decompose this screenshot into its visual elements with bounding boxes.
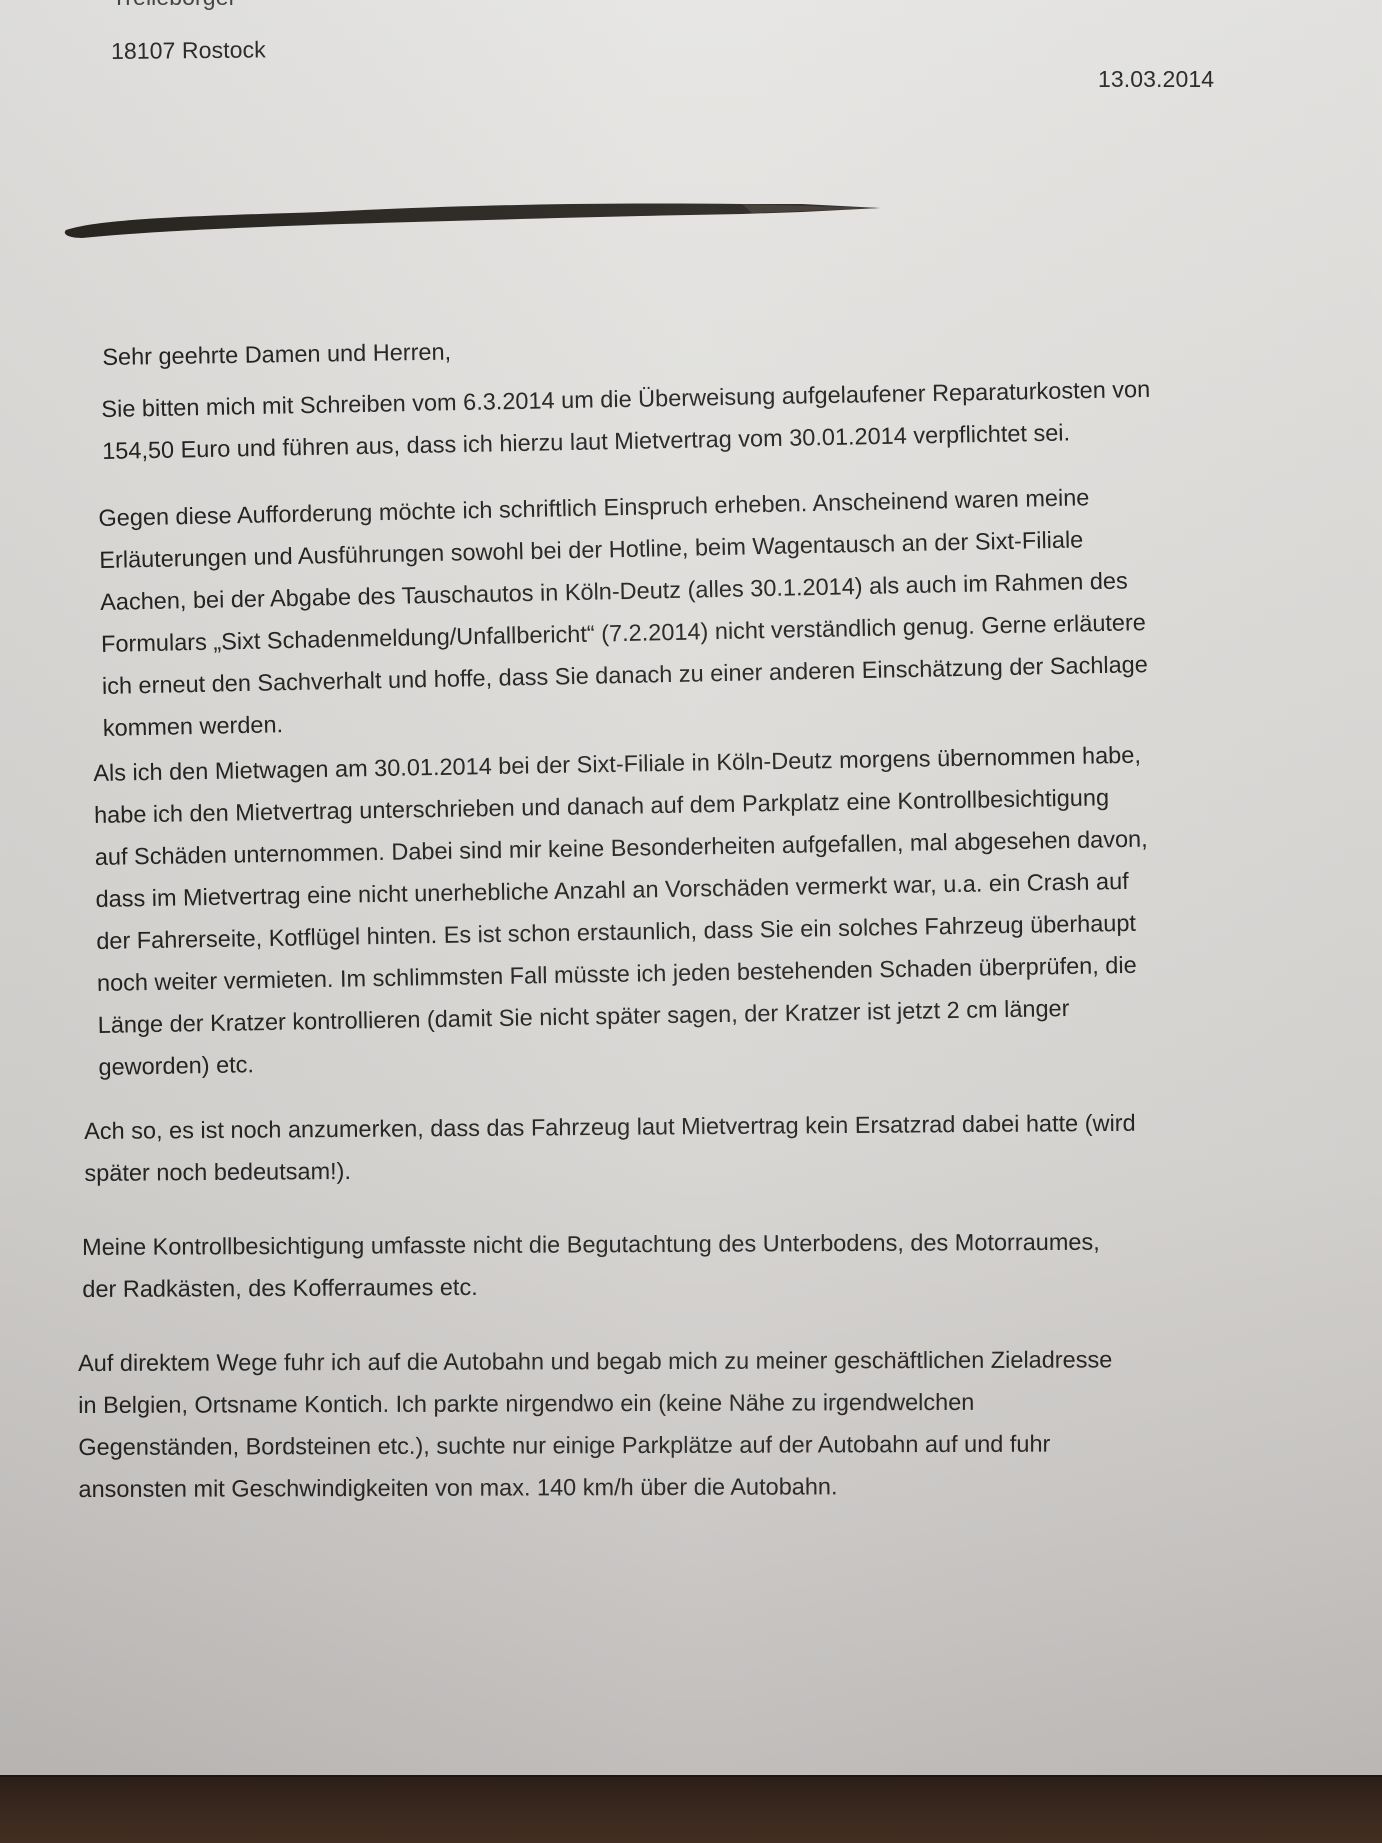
paragraph-1: Sie bitten mich mit Schreiben vom 6.3.20… bbox=[101, 364, 1367, 472]
sender-street-cut-off: Trelleborger bbox=[112, 0, 236, 11]
sender-city: 18107 Rostock bbox=[111, 36, 266, 65]
letter-date: 13.03.2014 bbox=[1098, 66, 1214, 93]
paragraph-line: Gegenständen, Bordsteinen etc.), suchte … bbox=[78, 1422, 1343, 1468]
paragraph-line: später noch bedeutsam!). bbox=[84, 1142, 1349, 1194]
paragraph-line: Meine Kontrollbesichtigung umfasste nich… bbox=[82, 1219, 1347, 1268]
paragraph-2: Gegen diese Aufforderung möchte ich schr… bbox=[98, 471, 1368, 749]
paragraph-5: Meine Kontrollbesichtigung umfasste nich… bbox=[82, 1219, 1347, 1310]
paragraph-line: in Belgien, Ortsname Kontich. Ich parkte… bbox=[78, 1380, 1343, 1426]
paragraph-line: der Radkästen, des Kofferraumes etc. bbox=[82, 1261, 1347, 1310]
paragraph-line: Auf direktem Wege fuhr ich auf die Autob… bbox=[78, 1338, 1343, 1384]
table-surface bbox=[0, 1775, 1382, 1843]
paragraph-6: Auf direktem Wege fuhr ich auf die Autob… bbox=[78, 1338, 1344, 1510]
redacted-subject-line bbox=[62, 198, 882, 238]
letter-page: Trelleborger 18107 Rostock 13.03.2014 Se… bbox=[0, 0, 1382, 1780]
paragraph-3: Als ich den Mietwagen am 30.01.2014 bei … bbox=[93, 730, 1364, 1088]
paragraph-4: Ach so, es ist noch anzumerken, dass das… bbox=[84, 1100, 1350, 1194]
paragraph-line: ansonsten mit Geschwindigkeiten von max.… bbox=[78, 1464, 1343, 1510]
